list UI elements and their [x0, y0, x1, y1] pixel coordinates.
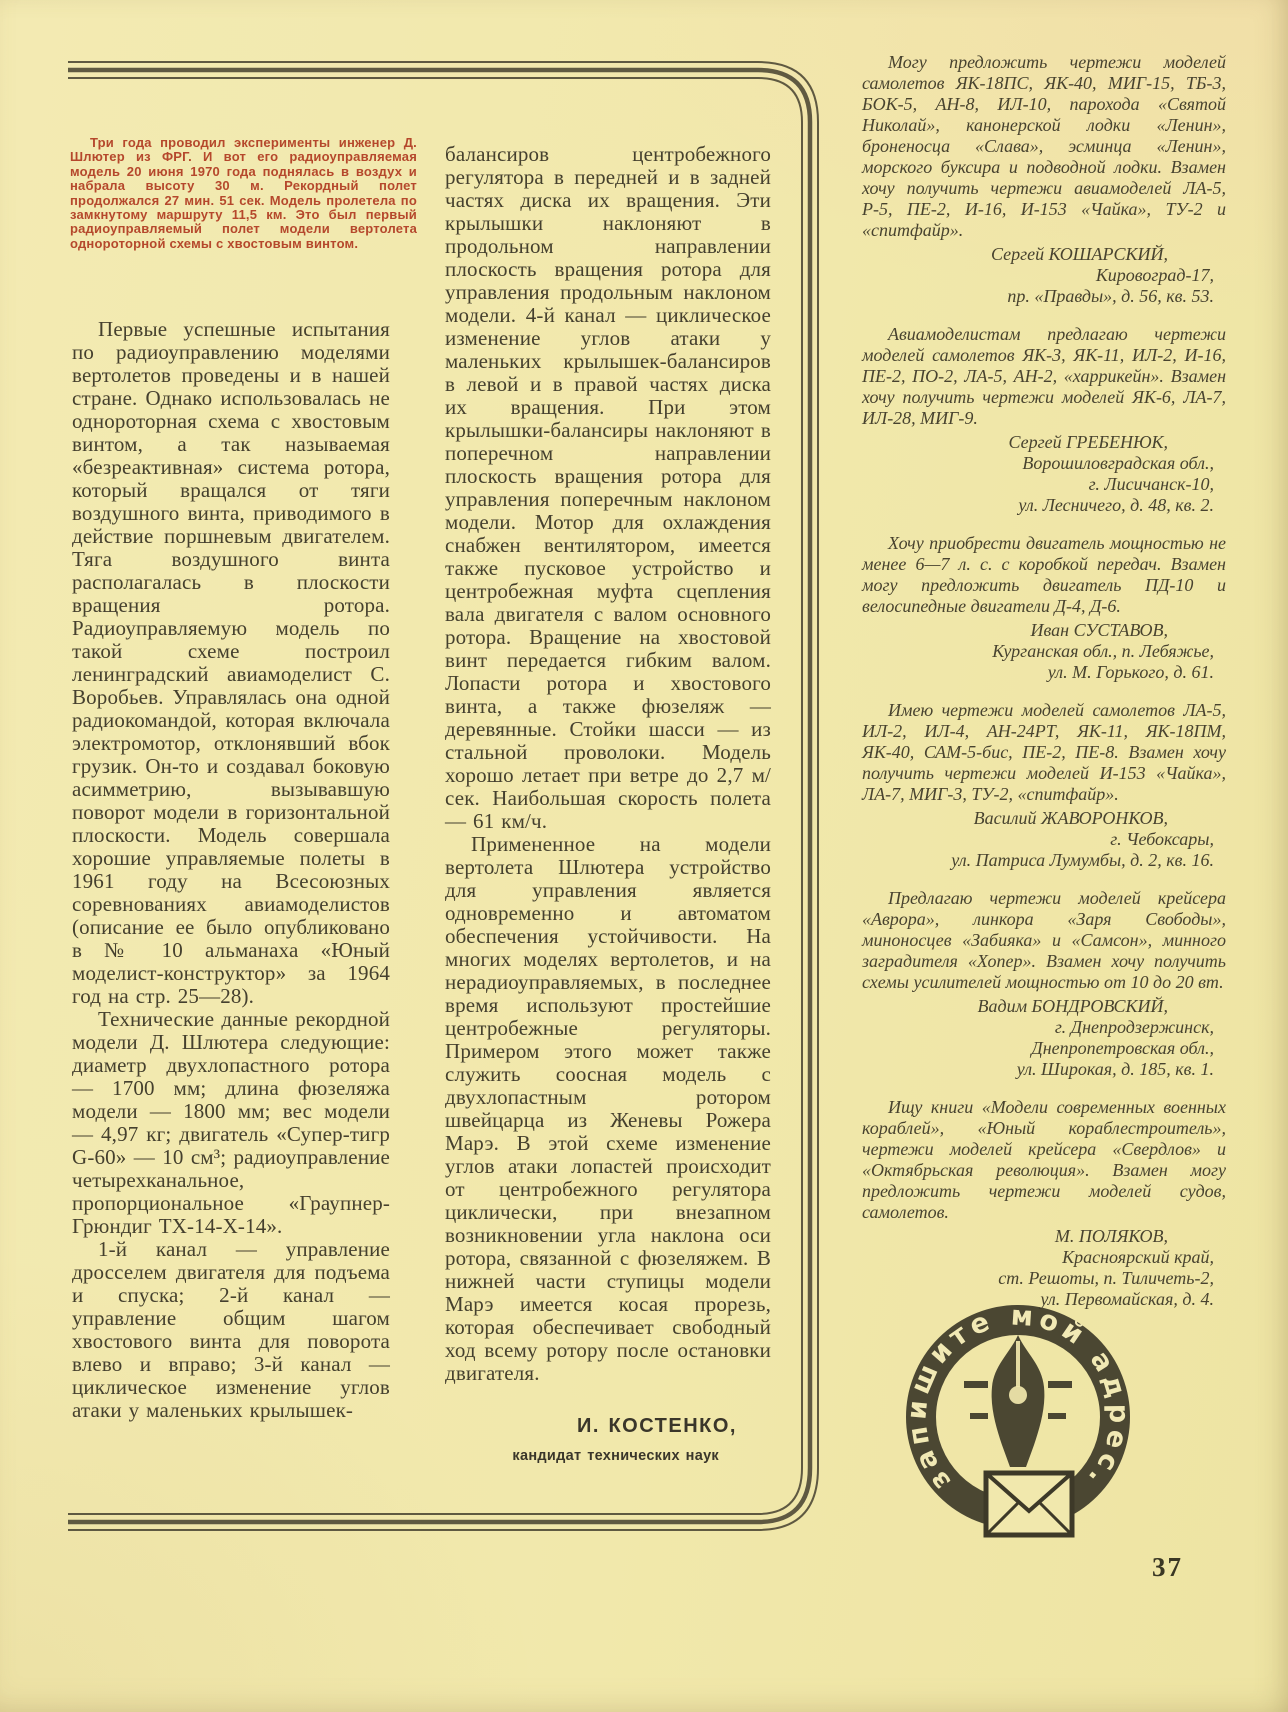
page-number: 37: [1152, 1552, 1183, 1583]
ad-signature: Василий ЖАВОРОНКОВ,: [862, 808, 1226, 829]
classified-ad: Авиамоделистам предлагаю чертежи моделей…: [862, 324, 1226, 516]
author-name: И. КОСТЕНКО,: [445, 1415, 771, 1438]
article-column-left: Первые успешные испытания по радиоуправл…: [72, 318, 390, 1422]
article-paragraph: Первые успешные испытания по радиоуправл…: [72, 318, 390, 1008]
address-stamp: запишите мой адрес.: [898, 1295, 1138, 1547]
article-paragraph: 1-й канал — управление дросселем двигате…: [72, 1238, 390, 1422]
ad-address-line: Днепропетровская обл.,: [862, 1038, 1214, 1059]
ad-text: Имею чертежи моделей самолетов ЛА-5, ИЛ-…: [862, 700, 1226, 805]
ad-address-line: Ворошиловградская обл.,: [862, 453, 1214, 474]
ad-address-line: г. Днепродзержинск,: [862, 1017, 1214, 1038]
ad-text: Ищу книги «Модели современных военных ко…: [862, 1097, 1226, 1223]
classified-ad: Хочу приобрести двигатель мощностью не м…: [862, 533, 1226, 683]
article-column-middle: балансиров центробежного регулятора в пе…: [445, 143, 771, 1468]
ad-signature: Сергей ГРЕБЕНЮК,: [862, 432, 1226, 453]
ad-signature: Вадим БОНДРОВСКИЙ,: [862, 996, 1226, 1017]
ad-address-line: Курганская обл., п. Лебяжье,: [862, 641, 1214, 662]
article-paragraph: балансиров центробежного регулятора в пе…: [445, 143, 771, 833]
classified-ad: Предлагаю чертежи моделей крейсера «Авро…: [862, 888, 1226, 1080]
ad-address-line: г. Чебоксары,: [862, 829, 1214, 850]
ad-address: г. Чебоксары, ул. Патриса Лумумбы, д. 2,…: [862, 829, 1226, 871]
envelope-icon: [986, 1473, 1072, 1535]
ad-address: Курганская обл., п. Лебяжье, ул. М. Горь…: [862, 641, 1226, 683]
ad-address-line: ул. М. Горького, д. 61.: [862, 662, 1214, 683]
ad-signature: Иван СУСТАВОВ,: [862, 620, 1226, 641]
ad-address-line: ул. Патриса Лумумбы, д. 2, кв. 16.: [862, 850, 1214, 871]
intro-paragraph: Три года проводил эксперименты инженер Д…: [70, 136, 417, 251]
ad-address: Кировоград-17, пр. «Правды», д. 56, кв. …: [862, 265, 1226, 307]
classified-ad: Ищу книги «Модели современных военных ко…: [862, 1097, 1226, 1310]
ad-text: Могу предложить чертежи моделей самолето…: [862, 52, 1226, 241]
magazine-page: Три года проводил эксперименты инженер Д…: [0, 0, 1288, 1712]
ad-signature: М. ПОЛЯКОВ,: [862, 1226, 1226, 1247]
ad-address-line: ул. Лесничего, д. 48, кв. 2.: [862, 495, 1214, 516]
ad-address-line: г. Лисичанск-10,: [862, 474, 1214, 495]
ad-address-line: ул. Широкая, д. 185, кв. 1.: [862, 1059, 1214, 1080]
ad-address-line: Кировоград-17,: [862, 265, 1214, 286]
author-signature: И. КОСТЕНКО, кандидат технических наук: [445, 1415, 771, 1468]
pen-nib-icon: [964, 1335, 1072, 1467]
classified-ad: Могу предложить чертежи моделей самолето…: [862, 52, 1226, 307]
author-title: кандидат технических наук: [445, 1445, 771, 1468]
ad-text: Авиамоделистам предлагаю чертежи моделей…: [862, 324, 1226, 429]
ad-signature: Сергей КОШАРСКИЙ,: [862, 244, 1226, 265]
ad-address: г. Днепродзержинск, Днепропетровская обл…: [862, 1017, 1226, 1080]
ad-address: Ворошиловградская обл., г. Лисичанск-10,…: [862, 453, 1226, 516]
classifieds-column: Могу предложить чертежи моделей самолето…: [862, 52, 1226, 1327]
ad-address-line: ст. Решоты, п. Тиличеть-2,: [862, 1268, 1214, 1289]
ad-address-line: пр. «Правды», д. 56, кв. 53.: [862, 286, 1214, 307]
article-paragraph: Примененное на модели вертолета Шлютера …: [445, 833, 771, 1385]
ad-text: Хочу приобрести двигатель мощностью не м…: [862, 533, 1226, 617]
classified-ad: Имею чертежи моделей самолетов ЛА-5, ИЛ-…: [862, 700, 1226, 871]
ad-address-line: Красноярский край,: [862, 1247, 1214, 1268]
article-paragraph: Технические данные рекордной модели Д. Ш…: [72, 1008, 390, 1238]
ad-text: Предлагаю чертежи моделей крейсера «Авро…: [862, 888, 1226, 993]
